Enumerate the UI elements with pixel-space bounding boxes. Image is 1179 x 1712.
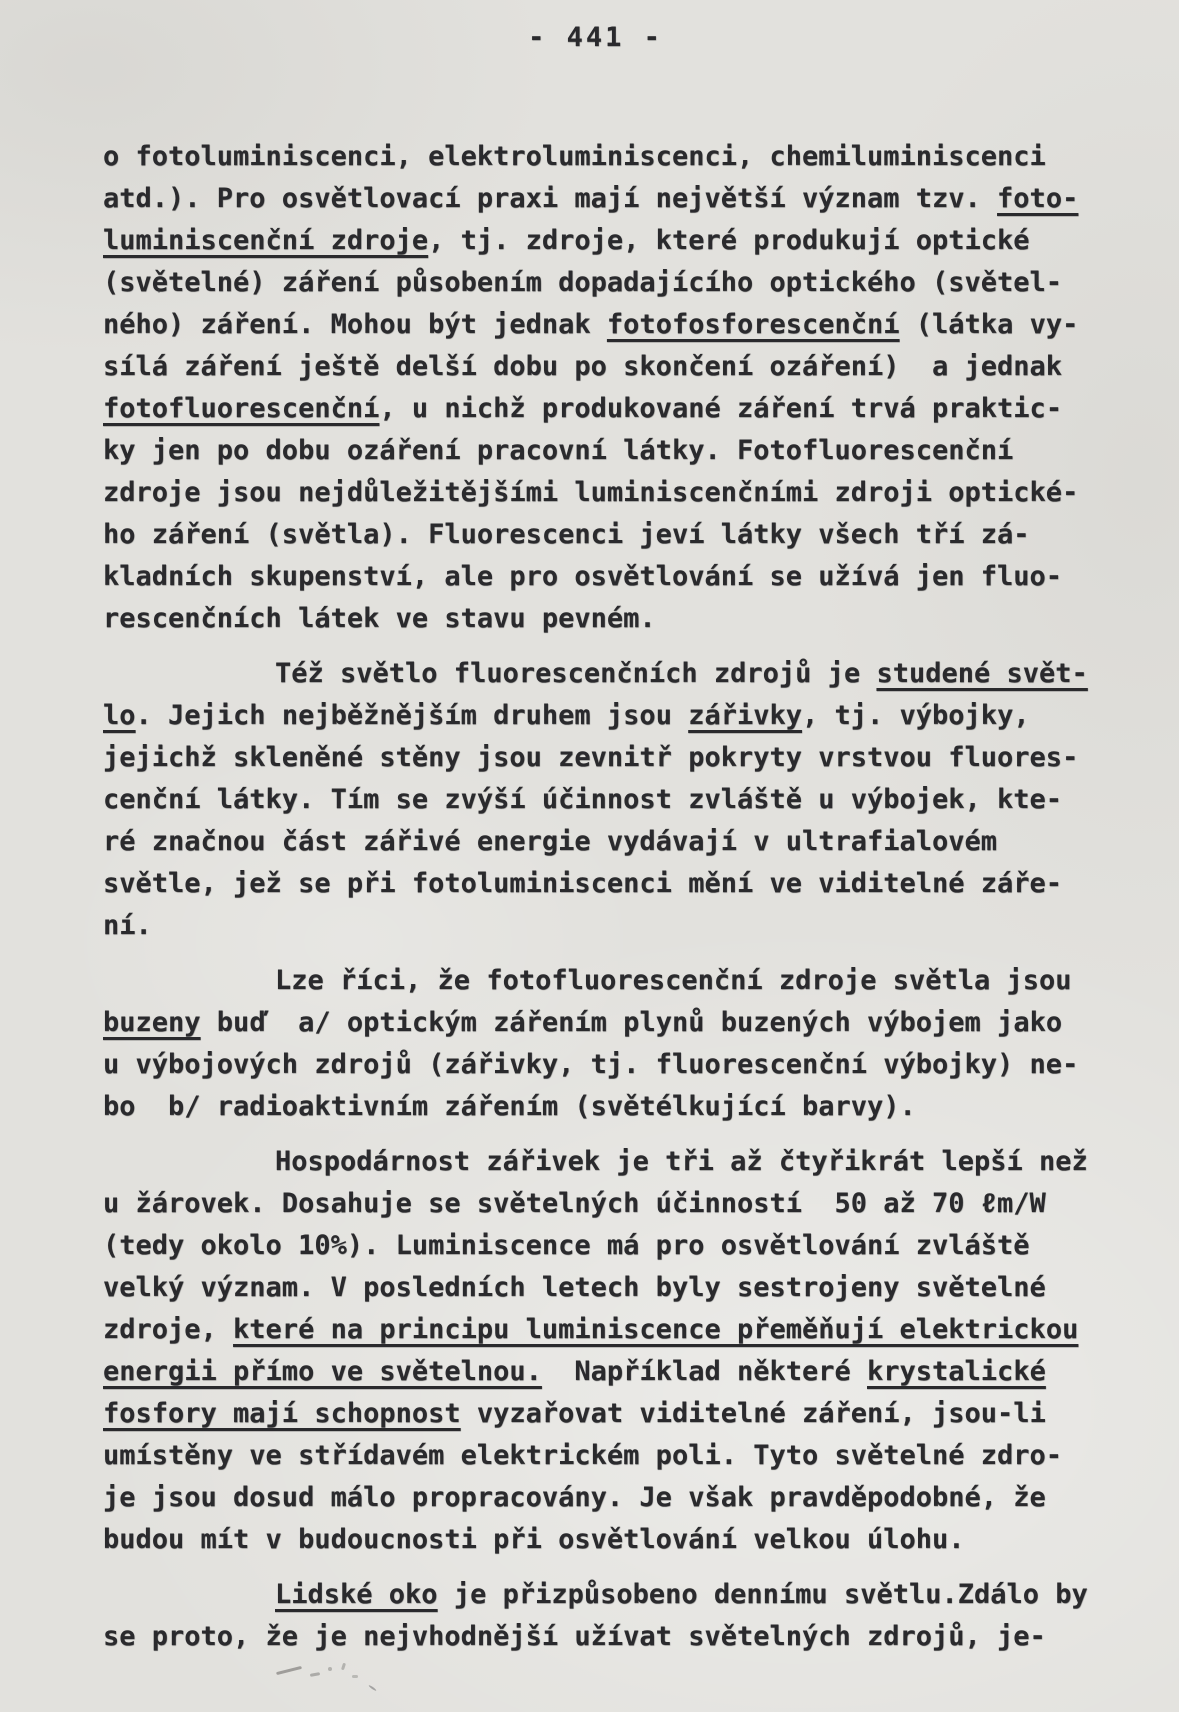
text-line: energii přímo ve světelnou. Například ně… (103, 1351, 1113, 1393)
text-line: buzeny buď a/ optickým zářením plynů buz… (103, 1002, 1113, 1044)
text-segment: o fotoluminiscenci, elektroluminiscenci,… (103, 141, 1046, 172)
text-line: ní. (103, 905, 1113, 947)
text-line: ho záření (světla). Fluorescenci jeví lá… (103, 514, 1113, 556)
underlined-text: fotofluorescenční (103, 393, 379, 424)
text-line: světle, jež se při fotoluminiscenci mění… (103, 863, 1113, 905)
text-segment: vyzařovat viditelné záření, jsou-li (461, 1398, 1046, 1429)
underlined-text: lo (103, 700, 136, 731)
text-segment: Hospodárnost zářivek je tři až čtyřikrát… (275, 1146, 1088, 1177)
text-segment: ného) záření. Mohou být jednak (103, 309, 607, 340)
text-segment: sílá záření ještě delší dobu po skončení… (103, 351, 1062, 382)
text-line: (tedy okolo 10%). Luminiscence má pro os… (103, 1225, 1113, 1267)
text-segment: jejichž skleněné stěny jsou zevnitř pokr… (103, 742, 1078, 773)
smudge-stroke (310, 1672, 320, 1677)
text-segment: u žárovek. Dosahuje se světelných účinno… (103, 1188, 1046, 1219)
text-line: se proto, že je nejvhodnější užívat svět… (103, 1616, 1113, 1658)
text-segment: (světelné) záření působením dopadajícího… (103, 267, 1062, 298)
text-segment: , tj. zdroje, které produkují optické (428, 225, 1029, 256)
text-line: ky jen po dobu ozáření pracovní látky. F… (103, 430, 1113, 472)
underlined-text: které na principu luminiscence přeměňují… (233, 1314, 1078, 1345)
paragraph: Lze říci, že fotofluorescenční zdroje sv… (103, 960, 1113, 1128)
text-line: Hospodárnost zářivek je tři až čtyřikrát… (103, 1141, 1113, 1183)
text-line: bo b/ radioaktivním zářením (světélkujíc… (103, 1086, 1113, 1128)
text-line: jejichž skleněné stěny jsou zevnitř pokr… (103, 737, 1113, 779)
paragraph: Též světlo fluorescenčních zdrojů je stu… (103, 653, 1113, 947)
text-line: umístěny ve střídavém elektrickém poli. … (103, 1435, 1113, 1477)
text-line: sílá záření ještě delší dobu po skončení… (103, 346, 1113, 388)
text-line: luminiscenční zdroje, tj. zdroje, které … (103, 220, 1113, 262)
document-body: o fotoluminiscenci, elektroluminiscenci,… (103, 136, 1113, 1658)
paragraph: o fotoluminiscenci, elektroluminiscenci,… (103, 136, 1113, 640)
text-segment: . Jejich nejběžnějším druhem jsou (136, 700, 689, 731)
text-line: ré značnou část zářivé energie vydávají … (103, 821, 1113, 863)
text-segment: ho záření (světla). Fluorescenci jeví lá… (103, 519, 1030, 550)
text-segment: je jsou dosud málo propracovány. Je však… (103, 1482, 1046, 1513)
text-segment: zdroje, (103, 1314, 233, 1345)
text-segment: kladních skupenství, ale pro osvětlování… (103, 561, 1062, 592)
text-segment: ní. (103, 910, 152, 941)
text-segment: buď a/ optickým zářením plynů buzených v… (201, 1007, 1063, 1038)
text-segment: cenční látky. Tím se zvýší účinnost zvlá… (103, 784, 1062, 815)
text-segment: ré značnou část zářivé energie vydávají … (103, 826, 997, 857)
text-segment: ky jen po dobu ozáření pracovní látky. F… (103, 435, 1013, 466)
text-segment: rescenčních látek ve stavu pevném. (103, 603, 656, 634)
text-line: lo. Jejich nejběžnějším druhem jsou záři… (103, 695, 1113, 737)
smudge-stroke (276, 1666, 302, 1675)
text-segment: u výbojových zdrojů (zářivky, tj. fluore… (103, 1049, 1078, 1080)
text-line: Lze říci, že fotofluorescenční zdroje sv… (103, 960, 1113, 1002)
text-segment: je přizpůsobeno dennímu světlu.Zdálo by (438, 1579, 1088, 1610)
text-line: u výbojových zdrojů (zářivky, tj. fluore… (103, 1044, 1113, 1086)
text-segment: zdroje jsou nejdůležitějšími luminiscenč… (103, 477, 1078, 508)
text-line: o fotoluminiscenci, elektroluminiscenci,… (103, 136, 1113, 178)
text-line: zdroje jsou nejdůležitějšími luminiscenč… (103, 472, 1113, 514)
text-segment: světle, jež se při fotoluminiscenci mění… (103, 868, 1062, 899)
text-line: Též světlo fluorescenčních zdrojů je stu… (103, 653, 1113, 695)
underlined-text: fotofosforescenční (607, 309, 900, 340)
text-segment: velký význam. V posledních letech byly s… (103, 1272, 1046, 1303)
underlined-text: Lidské oko (275, 1579, 438, 1610)
underlined-text: krystalické (867, 1356, 1046, 1387)
smudge-stroke (328, 1667, 332, 1671)
underlined-text: studené svět- (876, 658, 1087, 689)
text-segment: atd.). Pro osvětlovací praxi mají největ… (103, 183, 997, 214)
text-segment: Například některé (542, 1356, 867, 1387)
text-line: kladních skupenství, ale pro osvětlování… (103, 556, 1113, 598)
pencil-smudge (276, 1663, 366, 1685)
text-segment: umístěny ve střídavém elektrickém poli. … (103, 1440, 1062, 1471)
text-line: je jsou dosud málo propracovány. Je však… (103, 1477, 1113, 1519)
text-line: atd.). Pro osvětlovací praxi mají největ… (103, 178, 1113, 220)
text-line: fosfory mají schopnost vyzařovat viditel… (103, 1393, 1113, 1435)
scanned-typewritten-page: { "page": { "paper_color": "#e2e1dd", "i… (0, 0, 1179, 1712)
text-line: ného) záření. Mohou být jednak fotofosfo… (103, 304, 1113, 346)
text-segment: bo b/ radioaktivním zářením (světélkujíc… (103, 1091, 916, 1122)
text-segment: se proto, že je nejvhodnější užívat svět… (103, 1621, 1046, 1652)
text-line: Lidské oko je přizpůsobeno dennímu světl… (103, 1574, 1113, 1616)
text-segment: Též světlo fluorescenčních zdrojů je (275, 658, 876, 689)
text-line: budou mít v budoucnosti při osvětlování … (103, 1519, 1113, 1561)
page-number: - 441 - (103, 22, 1088, 53)
text-line: velký význam. V posledních letech byly s… (103, 1267, 1113, 1309)
scan-speck (368, 1685, 377, 1692)
text-segment: Lze říci, že fotofluorescenční zdroje sv… (275, 965, 1072, 996)
text-line: rescenčních látek ve stavu pevném. (103, 598, 1113, 640)
underlined-text: foto- (997, 183, 1078, 214)
underlined-text: energii přímo ve světelnou. (103, 1356, 542, 1387)
smudge-stroke (352, 1675, 358, 1678)
text-line: zdroje, které na principu luminiscence p… (103, 1309, 1113, 1351)
text-line: (světelné) záření působením dopadajícího… (103, 262, 1113, 304)
underlined-text: buzeny (103, 1007, 201, 1038)
text-segment: (tedy okolo 10%). Luminiscence má pro os… (103, 1230, 1030, 1261)
text-segment: (látka vy- (900, 309, 1079, 340)
text-line: fotofluorescenční, u nichž produkované z… (103, 388, 1113, 430)
paragraph: Lidské oko je přizpůsobeno dennímu světl… (103, 1574, 1113, 1658)
paragraph: Hospodárnost zářivek je tři až čtyřikrát… (103, 1141, 1113, 1561)
underlined-text: fosfory mají schopnost (103, 1398, 461, 1429)
text-line: cenční látky. Tím se zvýší účinnost zvlá… (103, 779, 1113, 821)
text-segment: , tj. výbojky, (802, 700, 1030, 731)
smudge-stroke (341, 1663, 346, 1671)
underlined-text: luminiscenční zdroje (103, 225, 428, 256)
text-segment: , u nichž produkované záření trvá prakti… (379, 393, 1062, 424)
underlined-text: zářivky (688, 700, 802, 731)
text-segment: budou mít v budoucnosti při osvětlování … (103, 1524, 965, 1555)
text-line: u žárovek. Dosahuje se světelných účinno… (103, 1183, 1113, 1225)
